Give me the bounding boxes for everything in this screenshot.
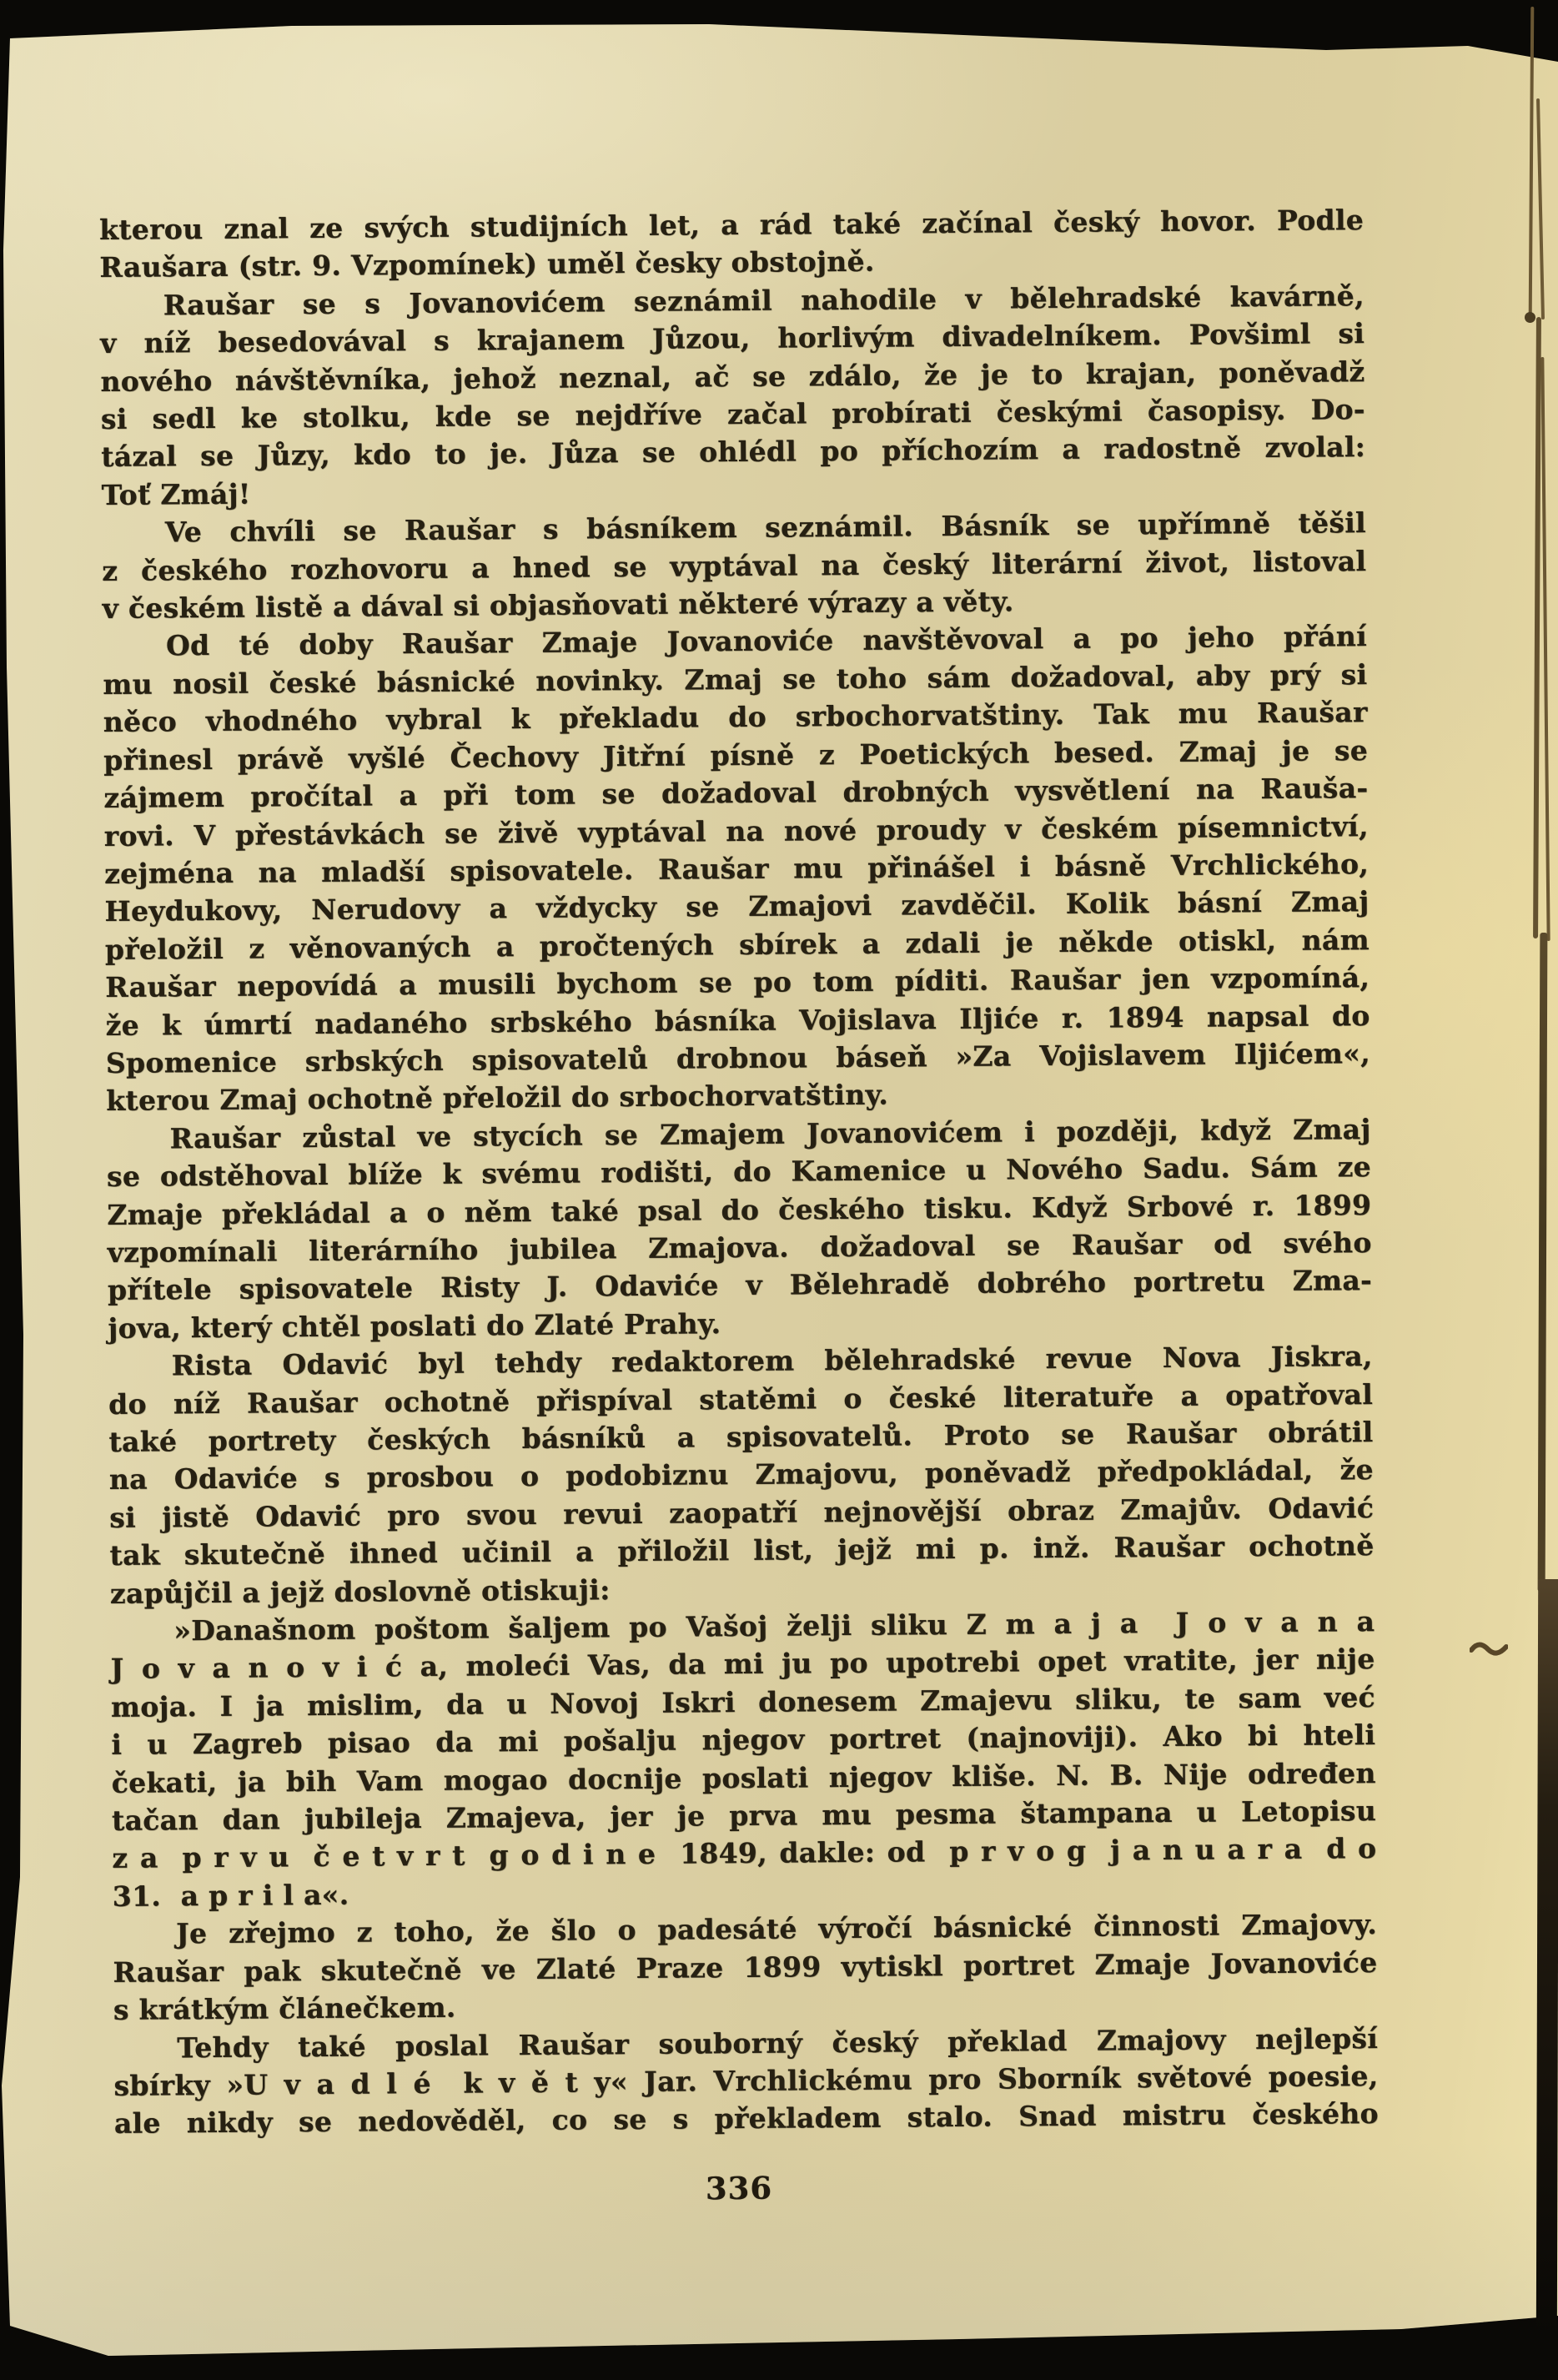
- ink-squiggle-mark: [1470, 1640, 1508, 1658]
- page-edge-shadow: [1536, 1579, 1558, 2338]
- ink-speck: [1525, 312, 1535, 323]
- book-scan: kterou znal ze svých studijních let, a r…: [0, 0, 1558, 2380]
- text-block: kterou znal ze svých studijních let, a r…: [99, 201, 1379, 2143]
